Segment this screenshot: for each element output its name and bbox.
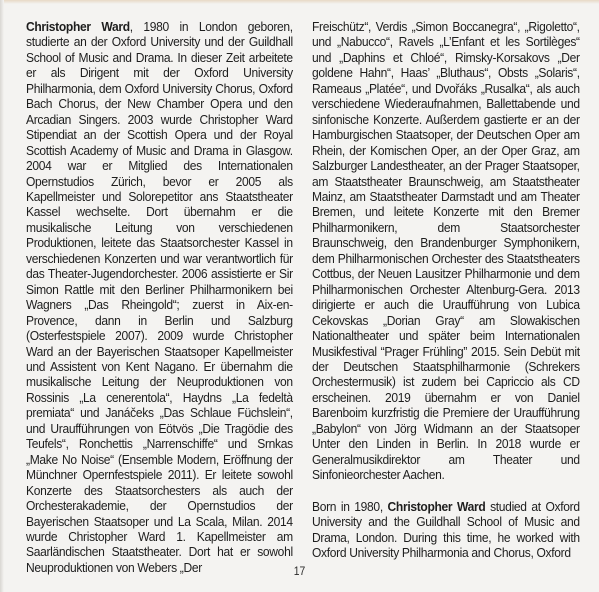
english-bio-paragraph: Born in 1980, Christopher Ward studied a… — [312, 499, 580, 561]
artist-name-bold-english: Christopher Ward — [388, 499, 486, 514]
page-number: 17 — [30, 566, 569, 578]
german-bio-paragraph: Christopher Ward, 1980 in London geboren… — [26, 19, 293, 575]
german-bio-text: , 1980 in London geboren, studierte an d… — [26, 19, 293, 575]
left-column: Christopher Ward, 1980 in London geboren… — [26, 19, 293, 575]
artist-name-bold: Christopher Ward — [26, 19, 130, 34]
page-top-edge — [0, 0, 599, 4]
english-bio-intro: Born in 1980, — [312, 499, 388, 514]
german-bio-continuation: Freischütz“, Verdis „Simon Boccanegra“, … — [312, 19, 580, 483]
page-binding-shadow — [0, 0, 4, 592]
right-column: Freischütz“, Verdis „Simon Boccanegra“, … — [312, 19, 580, 560]
